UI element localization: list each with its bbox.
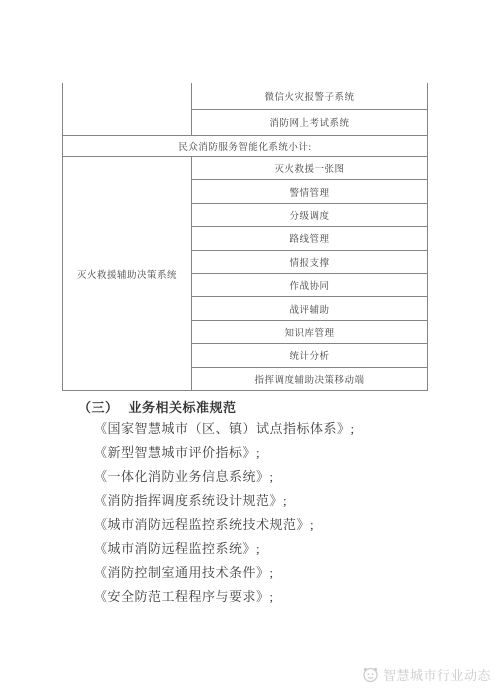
table-row: 消防网上考试系统 xyxy=(192,110,427,136)
list-item: 《城市消防远程监控系统》; xyxy=(94,537,434,561)
table-row: 统计分析 xyxy=(192,344,427,367)
systems-table: 微信火灾报警子系统消防网上考试系统 民众消防服务智能化系统小计: 灭火救援辅助决… xyxy=(62,83,428,391)
list-item: 《消防指挥调度系统设计规范》; xyxy=(94,489,434,513)
list-item: 《新型智慧城市评价指标》; xyxy=(94,441,434,465)
table-row: 分级调度 xyxy=(192,204,427,227)
subsystem-rows-decision-support: 灭火救援一张图警情管理分级调度路线管理情报支撑作战协同战评辅助知识库管理统计分析… xyxy=(191,157,427,390)
list-item: 《一体化消防业务信息系统》; xyxy=(94,465,434,489)
table-subtotal-row: 民众消防服务智能化系统小计: xyxy=(63,135,427,157)
table-row: 情报支撑 xyxy=(192,251,427,274)
table-section-public-service: 微信火灾报警子系统消防网上考试系统 xyxy=(63,83,427,135)
section-heading: （三）业务相关标准规范 xyxy=(78,397,237,416)
list-item: 《安全防范工程程序与要求》; xyxy=(94,585,434,609)
watermark: 智慧城市行业动态 xyxy=(362,665,491,684)
table-row: 警情管理 xyxy=(192,180,427,203)
document-page: 微信火灾报警子系统消防网上考试系统 民众消防服务智能化系统小计: 灭火救援辅助决… xyxy=(0,0,495,700)
table-row: 作战协同 xyxy=(192,274,427,297)
list-item: 《国家智慧城市（区、镇）试点指标体系》; xyxy=(94,417,434,441)
section-heading-title: 业务相关标准规范 xyxy=(129,400,237,415)
table-row: 灭火救援一张图 xyxy=(192,157,427,180)
subsystem-rows-public-service: 微信火灾报警子系统消防网上考试系统 xyxy=(191,83,427,135)
table-row: 微信火灾报警子系统 xyxy=(192,83,427,110)
section-heading-number: （三） xyxy=(78,400,119,415)
table-section-decision-support: 灭火救援辅助决策系统 灭火救援一张图警情管理分级调度路线管理情报支撑作战协同战评… xyxy=(63,157,427,390)
watermark-face-logo-icon xyxy=(362,666,379,683)
list-item: 《消防控制室通用技术条件》; xyxy=(94,561,434,585)
table-merged-cell-system-name: 灭火救援辅助决策系统 xyxy=(63,157,191,390)
table-merged-cell-empty xyxy=(63,83,191,135)
table-row: 战评辅助 xyxy=(192,297,427,320)
watermark-text: 智慧城市行业动态 xyxy=(383,665,491,684)
table-row: 知识库管理 xyxy=(192,321,427,344)
table-row: 指挥调度辅助决策移动端 xyxy=(192,368,427,390)
list-item: 《城市消防远程监控系统技术规范》; xyxy=(94,513,434,537)
table-row: 路线管理 xyxy=(192,227,427,250)
standards-list: 《国家智慧城市（区、镇）试点指标体系》;《新型智慧城市评价指标》;《一体化消防业… xyxy=(94,417,434,609)
